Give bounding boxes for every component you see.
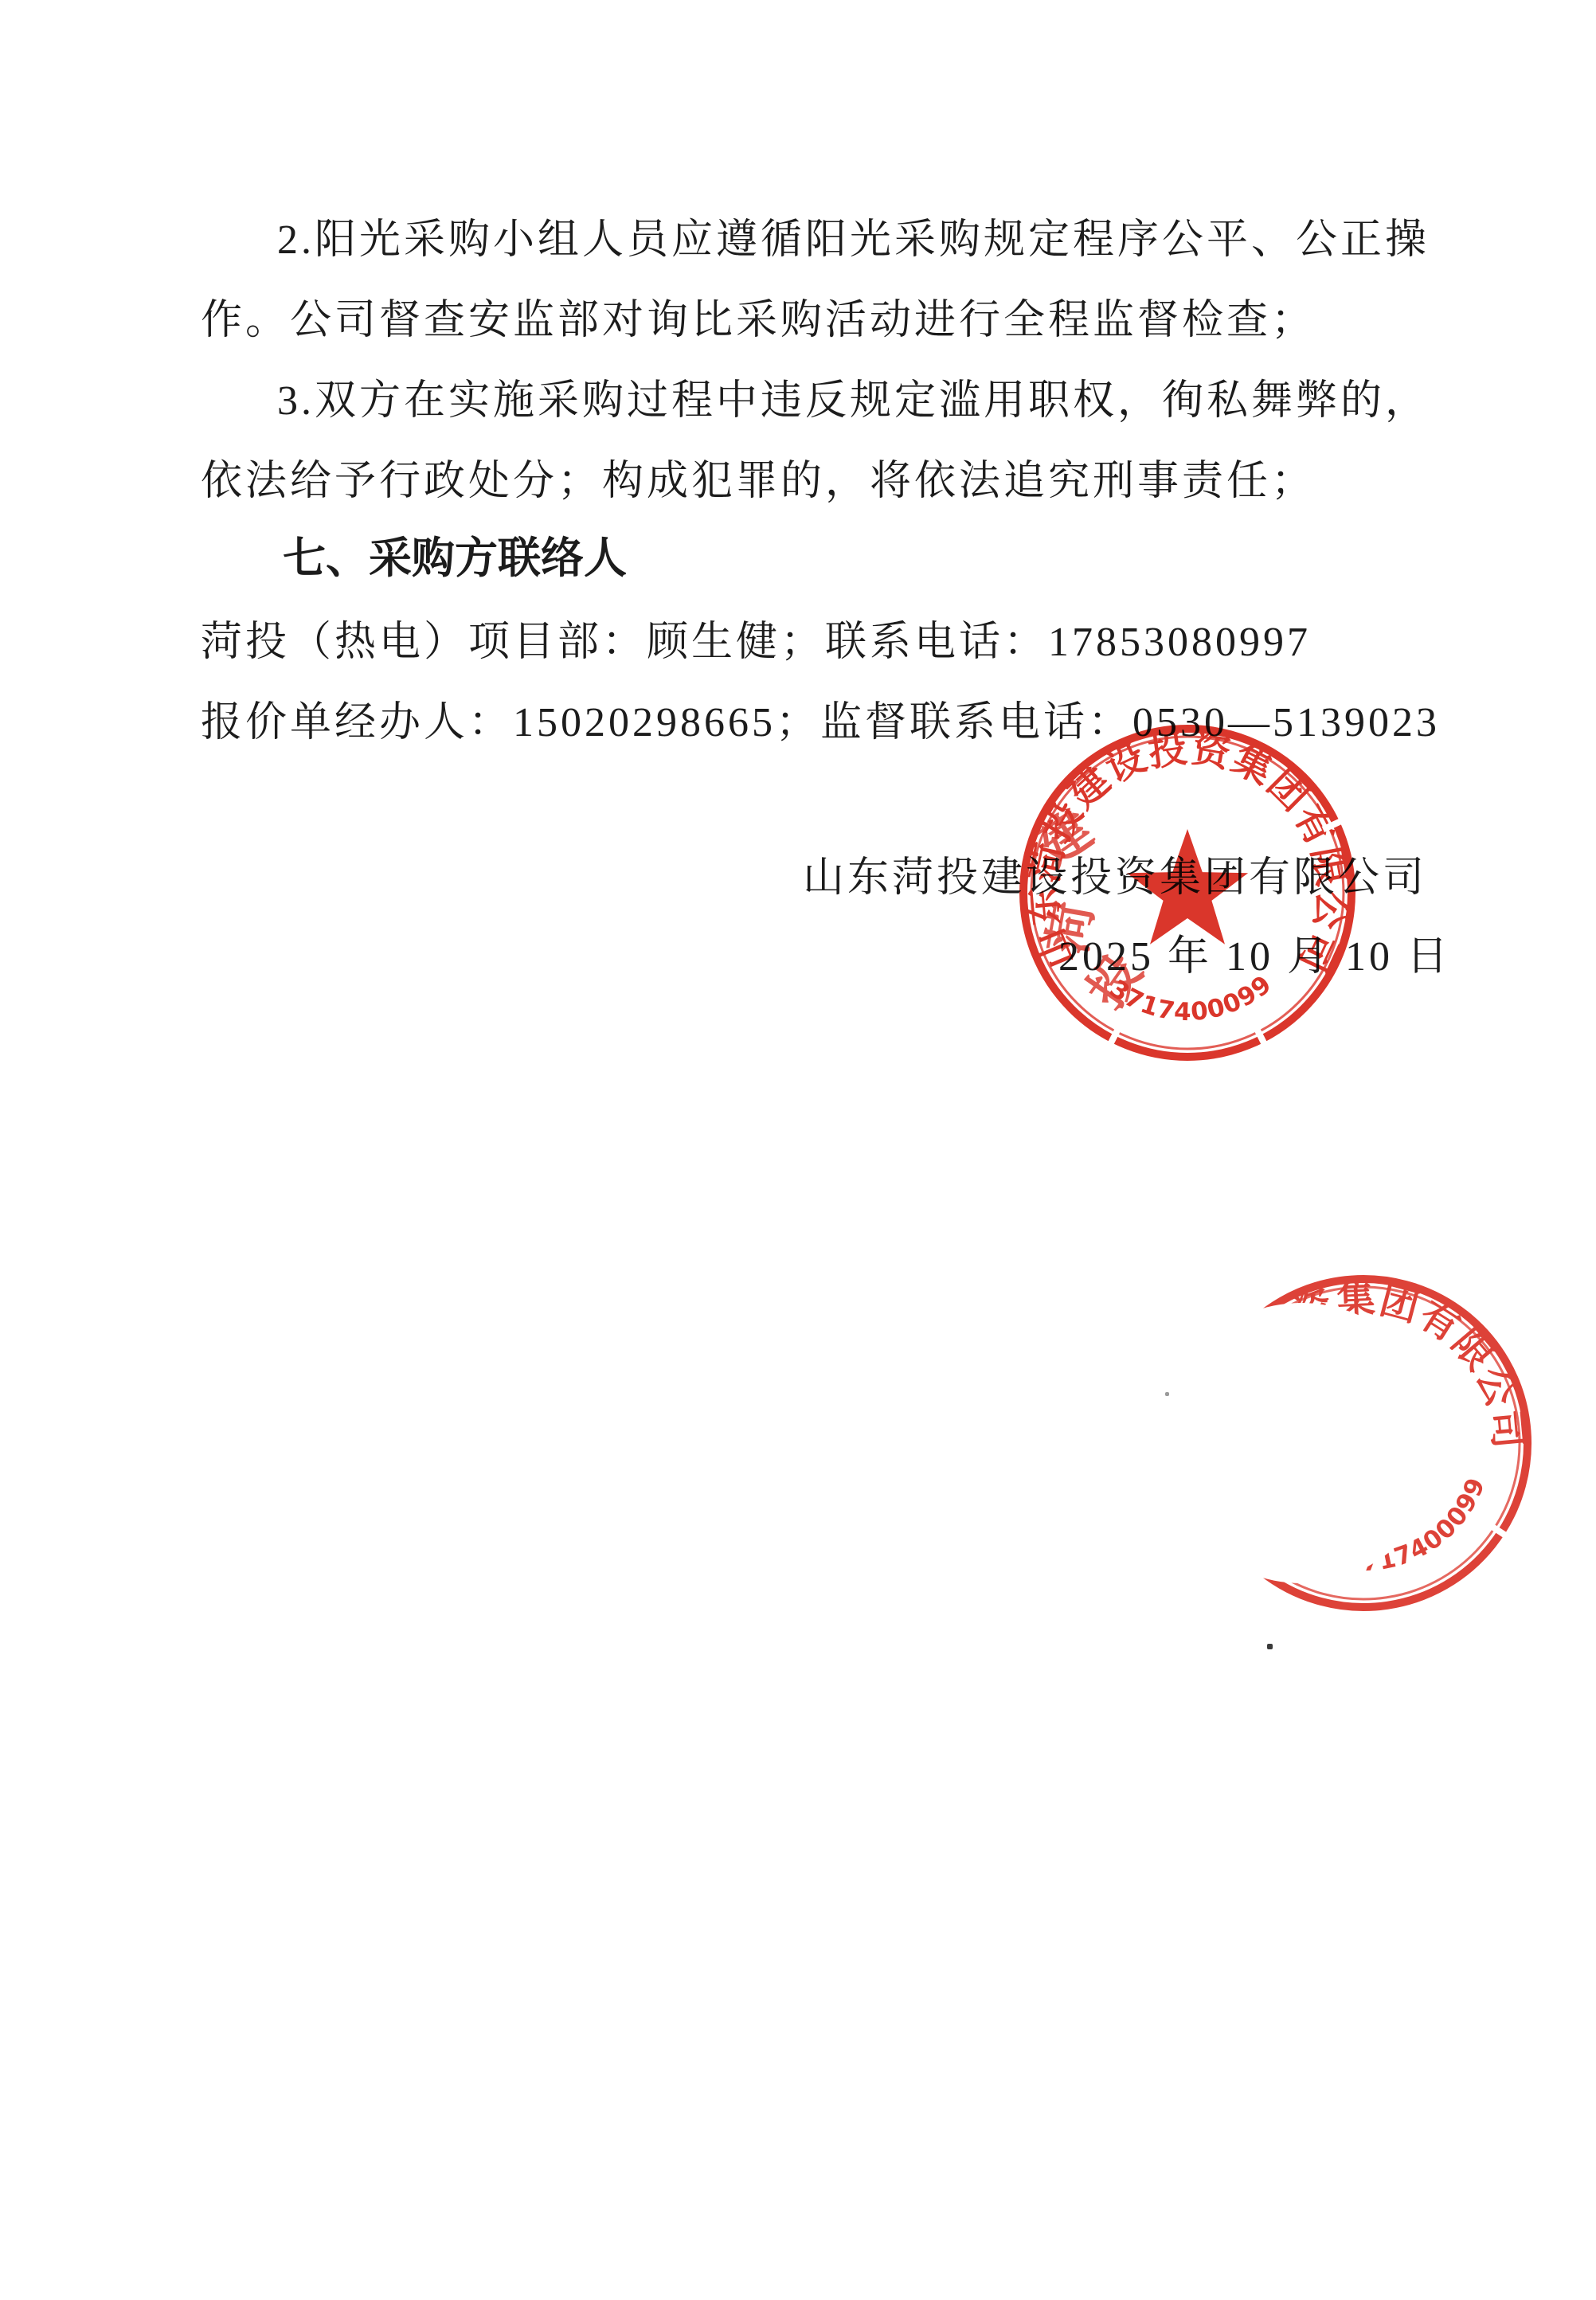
partial-seal-serial-number: 3717400099142 [1195,1274,1508,1612]
partial-seal-inner-ring [1195,1274,1532,1612]
para3-line2: 依法给予行政处分；构成犯罪的，将依法追究刑事责任； [201,458,1316,506]
partial-seal-stamp: 山东菏投建设投资集团有限公司 3717400099142 [1195,1274,1532,1612]
contact-line-quotation: 报价单经办人：15020298665；监督联系电话：0530—5139023 [201,699,1440,747]
para2-line1: 2.阳光采购小组人员应遵循阳光采购规定程序公平、公正操 [277,217,1430,264]
partial-seal-outer-ring [1195,1274,1532,1612]
partial-seal-visible-crescent: 山东菏投建设投资集团有限公司 3717400099142 [1195,1274,1532,1612]
partial-seal-svg: 山东菏投建设投资集团有限公司 3717400099142 [1195,1274,1532,1612]
ink-speck-1 [1165,1392,1169,1396]
para2-line2: 作。公司督查安监部对询比采购活动进行全程监督检查； [201,297,1316,345]
partial-seal-ring-notch [1487,1522,1506,1538]
seal-ring-notch-3 [1322,819,1342,832]
ink-speck-2 [1267,1644,1273,1649]
seal-ring-notch-1 [1108,1025,1122,1045]
signature-company-name: 山东菏投建设投资集团有限公司 [803,855,1427,902]
contact-line-project: 菏投（热电）项目部：顾生健；联系电话：17853080997 [201,619,1311,667]
section-heading: 七、采购方联络人 [283,534,627,582]
signature-date: 2025 年 10 月 10 日 [1058,933,1451,981]
seal-ring-notch-2 [1253,1025,1267,1045]
partial-seal-ring-text: 山东菏投建设投资集团有限公司 [1195,1274,1532,1601]
partial-seal-star-icon [1279,1358,1441,1518]
para3-line1: 3.双方在实施采购过程中违反规定滥用职权，徇私舞弊的， [277,377,1430,425]
document-page: 2.阳光采购小组人员应遵循阳光采购规定程序公平、公正操 作。公司督查安监部对询比… [0,0,1596,2300]
